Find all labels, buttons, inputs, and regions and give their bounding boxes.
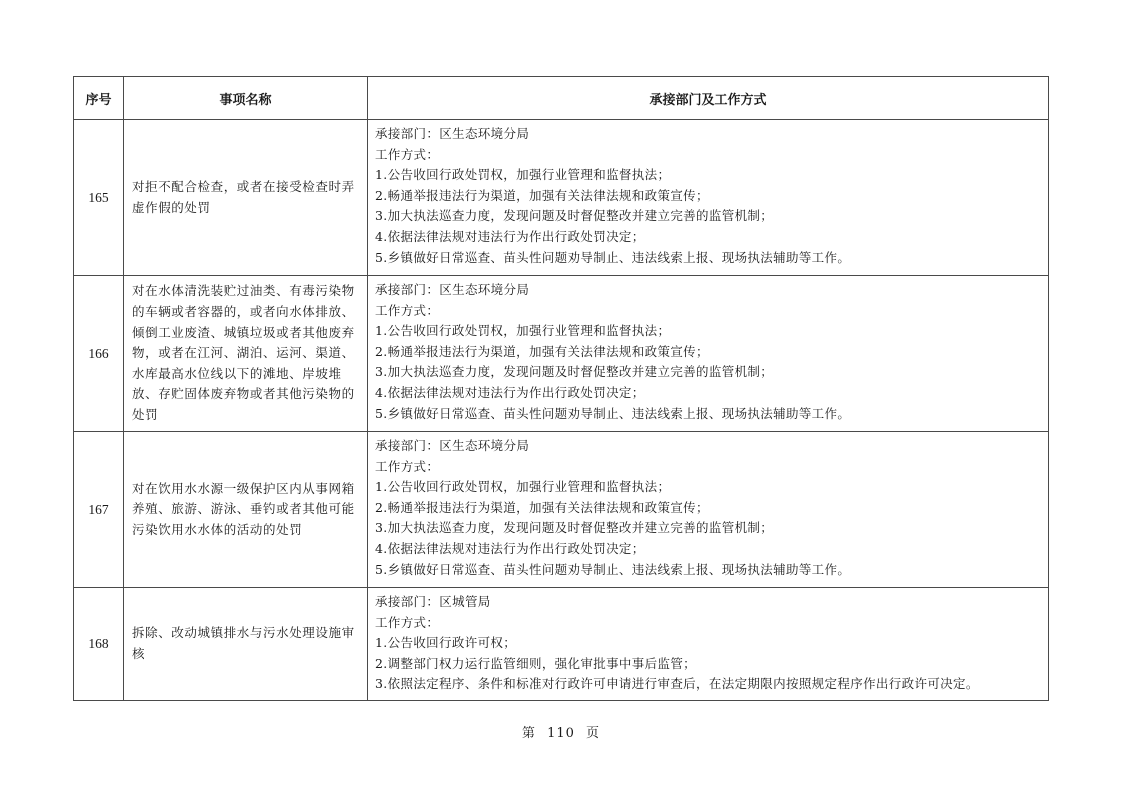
method-item: 2.调整部门权力运行监管细则，强化审批事中事后监管；: [375, 654, 1041, 675]
matters-table: 序号 事项名称 承接部门及工作方式 165 对拒不配合检查，或者在接受检查时弄虚…: [73, 76, 1049, 701]
row-number: 168: [74, 588, 124, 701]
method-item: 1.公告收回行政处罚权，加强行业管理和监督执法；: [375, 477, 1041, 498]
header-num: 序号: [74, 77, 124, 120]
dept-and-method: 承接部门：区生态环境分局 工作方式： 1.公告收回行政处罚权，加强行业管理和监督…: [368, 120, 1049, 276]
method-item: 5.乡镇做好日常巡查、苗头性问题劝导制止、违法线索上报、现场执法辅助等工作。: [375, 248, 1041, 269]
dept-and-method: 承接部门：区生态环境分局 工作方式： 1.公告收回行政处罚权，加强行业管理和监督…: [368, 432, 1049, 588]
method-item: 2.畅通举报违法行为渠道，加强有关法律法规和政策宣传；: [375, 186, 1041, 207]
page-prefix: 第: [522, 726, 536, 741]
table-row: 167 对在饮用水水源一级保护区内从事网箱养殖、旅游、游泳、垂钓或者其他可能污染…: [74, 432, 1049, 588]
method-label: 工作方式：: [375, 613, 1041, 634]
method-label: 工作方式：: [375, 457, 1041, 478]
dept-line: 承接部门：区生态环境分局: [375, 436, 1041, 457]
matter-name: 对在水体清洗装贮过油类、有毒污染物的车辆或者容器的，或者向水体排放、倾倒工业废渣…: [124, 276, 368, 432]
matter-name: 拆除、改动城镇排水与污水处理设施审核: [124, 588, 368, 701]
header-name: 事项名称: [124, 77, 368, 120]
method-item: 2.畅通举报违法行为渠道，加强有关法律法规和政策宣传；: [375, 342, 1041, 363]
row-number: 166: [74, 276, 124, 432]
method-item: 2.畅通举报违法行为渠道，加强有关法律法规和政策宣传；: [375, 498, 1041, 519]
header-dept: 承接部门及工作方式: [368, 77, 1049, 120]
dept-and-method: 承接部门：区城管局 工作方式： 1.公告收回行政许可权； 2.调整部门权力运行监…: [368, 588, 1049, 701]
table-row: 166 对在水体清洗装贮过油类、有毒污染物的车辆或者容器的，或者向水体排放、倾倒…: [74, 276, 1049, 432]
method-item: 5.乡镇做好日常巡查、苗头性问题劝导制止、违法线索上报、现场执法辅助等工作。: [375, 560, 1041, 581]
method-item: 3.加大执法巡查力度，发现问题及时督促整改并建立完善的监管机制；: [375, 362, 1041, 383]
method-label: 工作方式：: [375, 301, 1041, 322]
row-number: 167: [74, 432, 124, 588]
dept-line: 承接部门：区生态环境分局: [375, 124, 1041, 145]
matter-name: 对在饮用水水源一级保护区内从事网箱养殖、旅游、游泳、垂钓或者其他可能污染饮用水水…: [124, 432, 368, 588]
page-footer: 第 110 页: [0, 722, 1122, 741]
method-item: 4.依据法律法规对违法行为作出行政处罚决定；: [375, 227, 1041, 248]
method-item: 3.加大执法巡查力度，发现问题及时督促整改并建立完善的监管机制；: [375, 206, 1041, 227]
dept-line: 承接部门：区生态环境分局: [375, 280, 1041, 301]
method-item: 4.依据法律法规对违法行为作出行政处罚决定；: [375, 539, 1041, 560]
method-item: 1.公告收回行政处罚权，加强行业管理和监督执法；: [375, 165, 1041, 186]
table-row: 168 拆除、改动城镇排水与污水处理设施审核 承接部门：区城管局 工作方式： 1…: [74, 588, 1049, 701]
method-item: 4.依据法律法规对违法行为作出行政处罚决定；: [375, 383, 1041, 404]
page-suffix: 页: [586, 726, 600, 741]
matter-name: 对拒不配合检查，或者在接受检查时弄虚作假的处罚: [124, 120, 368, 276]
method-item: 3.依照法定程序、条件和标准对行政许可申请进行审查后，在法定期限内按照规定程序作…: [375, 674, 1041, 695]
page-number: 110: [547, 726, 575, 741]
table-row: 165 对拒不配合检查，或者在接受检查时弄虚作假的处罚 承接部门：区生态环境分局…: [74, 120, 1049, 276]
dept-line: 承接部门：区城管局: [375, 592, 1041, 613]
method-item: 5.乡镇做好日常巡查、苗头性问题劝导制止、违法线索上报、现场执法辅助等工作。: [375, 404, 1041, 425]
method-label: 工作方式：: [375, 145, 1041, 166]
method-item: 3.加大执法巡查力度，发现问题及时督促整改并建立完善的监管机制；: [375, 518, 1041, 539]
table-header-row: 序号 事项名称 承接部门及工作方式: [74, 77, 1049, 120]
method-item: 1.公告收回行政处罚权，加强行业管理和监督执法；: [375, 321, 1041, 342]
row-number: 165: [74, 120, 124, 276]
method-item: 1.公告收回行政许可权；: [375, 633, 1041, 654]
dept-and-method: 承接部门：区生态环境分局 工作方式： 1.公告收回行政处罚权，加强行业管理和监督…: [368, 276, 1049, 432]
